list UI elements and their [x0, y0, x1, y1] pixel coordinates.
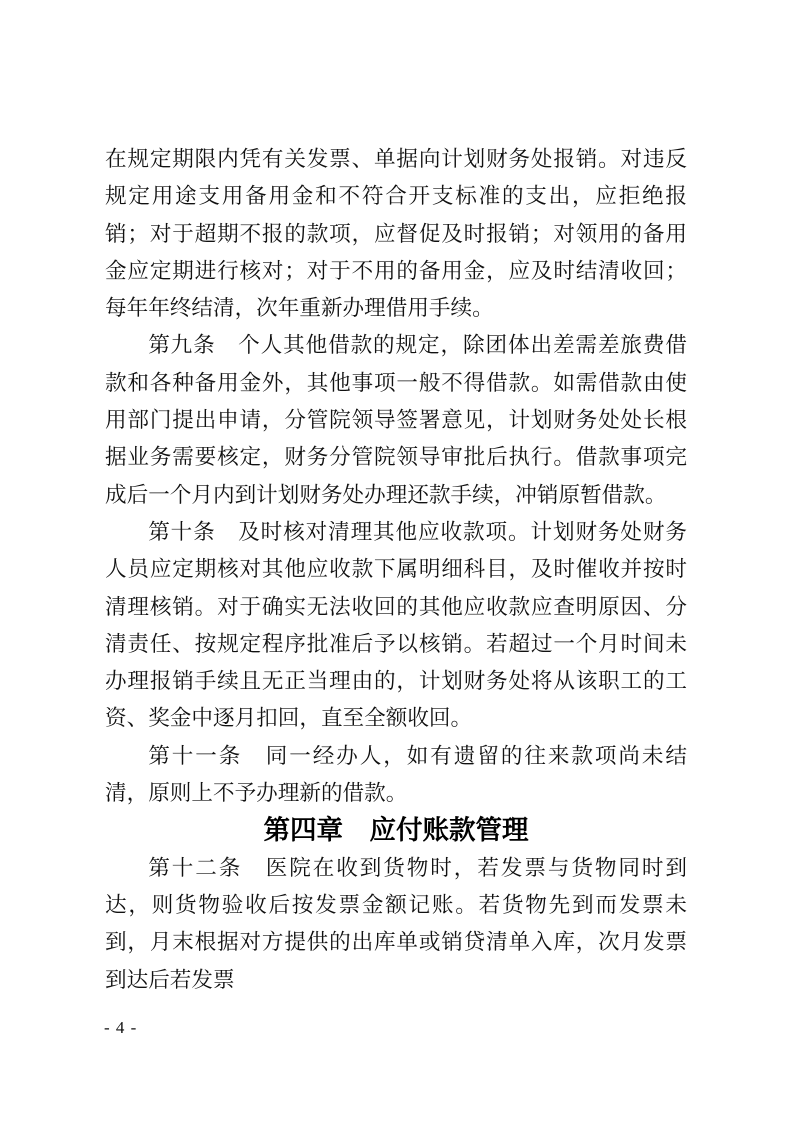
- paragraph-article-11: 第十一条 同一经办人，如有遗留的往来款项尚未结清，原则上不予办理新的借款。: [105, 738, 687, 813]
- paragraph-article-12: 第十二条 医院在收到货物时，若发票与货物同时到达，则货物验收后按发票金额记账。若…: [105, 850, 687, 999]
- page-number: - 4 -: [104, 1017, 137, 1039]
- chapter-4-heading: 第四章 应付账款管理: [105, 812, 687, 849]
- paragraph-article-10: 第十条 及时核对清理其他应收款项。计划财务处财务人员应定期核对其他应收款下属明细…: [105, 514, 687, 738]
- paragraph-article-9: 第九条 个人其他借款的规定，除团体出差需差旅费借款和各种备用金外，其他事项一般不…: [105, 327, 687, 513]
- document-body: 在规定期限内凭有关发票、单据向计划财务处报销。对违反规定用途支用备用金和不符合开…: [105, 141, 687, 999]
- document-page: 在规定期限内凭有关发票、单据向计划财务处报销。对违反规定用途支用备用金和不符合开…: [0, 0, 794, 1123]
- paragraph-continuation: 在规定期限内凭有关发票、单据向计划财务处报销。对违反规定用途支用备用金和不符合开…: [105, 141, 687, 327]
